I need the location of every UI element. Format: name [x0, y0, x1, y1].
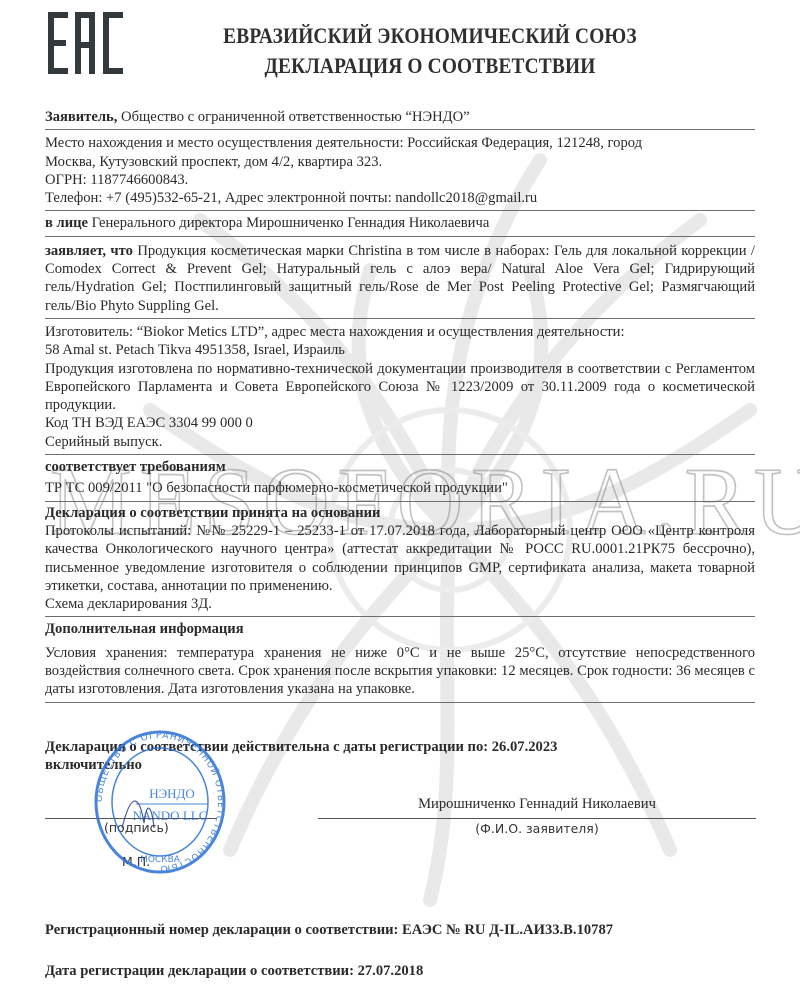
registration-date: Дата регистрации декларации о соответств…: [45, 963, 423, 980]
declaration-scheme: Схема декларирования 3Д.: [45, 595, 755, 613]
name-caption: (Ф.И.О. заявителя): [318, 821, 756, 836]
ogrn-line: ОГРН: 1187746600843.: [45, 171, 755, 189]
applicant-name: Мирошниченко Геннадий Николаевич: [318, 796, 756, 813]
union-title: ЕВРАЗИЙСКИЙ ЭКОНОМИЧЕСКИЙ СОЮЗ: [184, 22, 677, 50]
basis-label: Декларация о соответствии принята на осн…: [45, 504, 755, 522]
basis-section: Декларация о соответствии принята на осн…: [45, 502, 755, 618]
conforms-value: ТР ТС 009/2011 "О безопасности парфюмерн…: [45, 479, 755, 497]
address-line: Место нахождения и место осуществления д…: [45, 134, 755, 152]
declares-value: Продукция косметическая марки Christina …: [45, 243, 755, 314]
representative-value: Генерального директора Мирошниченко Генн…: [88, 215, 489, 231]
declaration-document: MESOFORIA.RU ЕВРАЗИЙСКИЙ ЭКОНОМИЧЕСКИЙ С…: [0, 0, 800, 1000]
stamp-city: МОСКВА: [140, 855, 181, 865]
contact-line: Телефон: +7 (495)532-65-21, Адрес электр…: [45, 189, 755, 207]
declaration-title: ДЕКЛАРАЦИЯ О СООТВЕТСТВИИ: [184, 52, 677, 80]
conforms-label: соответствует требованиям: [45, 458, 755, 476]
stamp-name-ru: НЭНДО: [149, 786, 195, 801]
manufacturer-section: Изготовитель: “Biokor Metics LTD”, адрес…: [45, 319, 755, 455]
company-stamp-icon: ОБЩЕСТВО С ОГРАНИЧЕННОЙ ОТВЕТСТВЕННОСТЬЮ…: [92, 728, 228, 876]
declares-label: заявляет, что: [45, 243, 133, 259]
additional-section: Дополнительная информация Условия хранен…: [45, 617, 755, 702]
declares-section: заявляет, что Продукция косметическая ма…: [45, 237, 755, 319]
basis-value: Протоколы испытаний: №№ 25229-1 – 25233-…: [45, 522, 755, 595]
production-basis: Продукция изготовлена по нормативно-техн…: [45, 360, 755, 415]
address-line: Москва, Кутузовский проспект, дом 4/2, к…: [45, 153, 755, 171]
representative-section: в лице Генерального директора Мирошничен…: [45, 211, 755, 236]
applicant-value: Общество с ограниченной ответственностью…: [117, 109, 469, 125]
hs-code: Код ТН ВЭД ЕАЭС 3304 99 000 0: [45, 414, 755, 432]
applicant-section: Заявитель, Общество с ограниченной ответ…: [45, 106, 755, 130]
additional-value: Условия хранения: температура хранения н…: [45, 644, 755, 699]
address-section: Место нахождения и место осуществления д…: [45, 130, 755, 211]
registration-number: Регистрационный номер декларации о соотв…: [45, 922, 613, 939]
conforms-section: соответствует требованиям ТР ТС 009/2011…: [45, 455, 755, 502]
serial-release: Серийный выпуск.: [45, 433, 755, 451]
declaration-body: Заявитель, Общество с ограниченной ответ…: [45, 106, 755, 703]
manufacturer-line: Изготовитель: “Biokor Metics LTD”, адрес…: [45, 323, 755, 341]
representative-label: в лице: [45, 215, 88, 231]
eac-logo-icon: [48, 12, 124, 74]
applicant-label: Заявитель,: [45, 109, 117, 125]
additional-label: Дополнительная информация: [45, 620, 755, 638]
document-header: ЕВРАЗИЙСКИЙ ЭКОНОМИЧЕСКИЙ СОЮЗ ДЕКЛАРАЦИ…: [150, 22, 710, 80]
name-line: [318, 818, 756, 819]
manufacturer-address: 58 Amal st. Petach Tikva 4951358, Israel…: [45, 341, 755, 359]
